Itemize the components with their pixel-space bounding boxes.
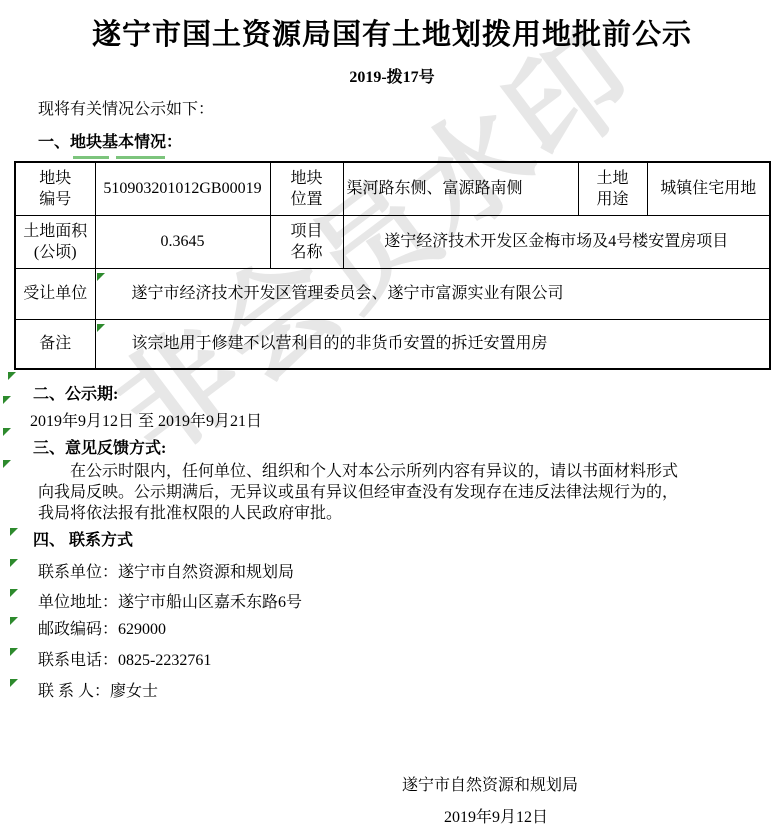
remark-value: 该宗地用于修建不以营利目的的非货币安置的拆迁安置用房 (95, 319, 770, 369)
margin-flag-icon (3, 428, 11, 436)
table-row: 地块 编号 510903201012GB00019 地块 位置 渠河路东侧、富源… (15, 162, 770, 215)
transferee-label: 受让单位 (15, 268, 95, 319)
project-value: 遂宁经济技术开发区金梅市场及4号楼安置房项目 (343, 215, 770, 268)
contact-unit-line: 联系单位：遂宁市自然资源和规划局 (38, 563, 294, 583)
area-label: 土地面积 (公顷) (15, 215, 95, 268)
publicity-period: 2019年9月12日 至 2019年9月21日 (30, 412, 262, 432)
section3-heading: 三、意见反馈方式: (33, 439, 166, 459)
parcel-no-label: 地块 编号 (15, 162, 95, 215)
location-value: 渠河路东侧、富源路南侧 (343, 162, 578, 215)
paragraph-line: 向我局反映。公示期满后，无异议或虽有异议但经审查没有发现存在违反法律法规行为的， (38, 482, 748, 503)
section1-heading: 一、地块基本情况： (38, 133, 182, 153)
remark-label: 备注 (15, 319, 95, 369)
margin-flag-icon (10, 679, 18, 687)
section4-heading: 四、 联系方式 (33, 531, 133, 551)
margin-flag-icon (3, 460, 11, 468)
document-number: 2019-拨17号 (0, 64, 784, 87)
margin-flag-icon (10, 559, 18, 567)
project-label: 项目 名称 (270, 215, 343, 268)
phone-line: 联系电话：0825-2232761 (38, 651, 211, 671)
postal-code-line: 邮政编码：629000 (38, 620, 166, 640)
paragraph-line: 在公示时限内，任何单位、组织和个人对本公示所列内容有异议的，请以书面材料形式 (38, 461, 748, 482)
parcel-info-table: 地块 编号 510903201012GB00019 地块 位置 渠河路东侧、富源… (14, 161, 771, 370)
intro-line: 现将有关情况公示如下： (38, 100, 214, 120)
margin-flag-icon (8, 372, 16, 380)
contact-person-line: 联 系 人：廖女士 (38, 682, 158, 702)
margin-flag-icon (10, 648, 18, 656)
footer-issuer: 遂宁市自然资源和规划局 (402, 776, 578, 796)
table-row: 备注 该宗地用于修建不以营利目的的非货币安置的拆迁安置用房 (15, 319, 770, 369)
margin-flag-icon (10, 617, 18, 625)
green-dash-icon (73, 156, 109, 159)
contact-address-line: 单位地址：遂宁市船山区嘉禾东路6号 (38, 593, 302, 613)
table-row: 土地面积 (公顷) 0.3645 项目 名称 遂宁经济技术开发区金梅市场及4号楼… (15, 215, 770, 268)
green-dash-icon (116, 156, 165, 159)
area-value: 0.3645 (95, 215, 270, 268)
document-page: 非会员水印 遂宁市国土资源局国有土地划拨用地批前公示 2019-拨17号 现将有… (0, 0, 784, 836)
page-title: 遂宁市国土资源局国有土地划拨用地批前公示 (0, 12, 784, 53)
parcel-no-value: 510903201012GB00019 (95, 162, 270, 215)
paragraph-line: 我局将依法报有批准权限的人民政府审批。 (38, 503, 748, 524)
feedback-paragraph: 在公示时限内，任何单位、组织和个人对本公示所列内容有异议的，请以书面材料形式 向… (38, 461, 748, 524)
land-use-value: 城镇住宅用地 (647, 162, 770, 215)
section2-heading: 二、公示期: (33, 385, 118, 405)
margin-flag-icon (3, 396, 11, 404)
location-label: 地块 位置 (270, 162, 343, 215)
table-row: 受让单位 遂宁市经济技术开发区管理委员会、遂宁市富源实业有限公司 (15, 268, 770, 319)
margin-flag-icon (10, 528, 18, 536)
transferee-value: 遂宁市经济技术开发区管理委员会、遂宁市富源实业有限公司 (95, 268, 770, 319)
footer-date: 2019年9月12日 (444, 808, 548, 828)
margin-flag-icon (10, 589, 18, 597)
land-use-label: 土地 用途 (578, 162, 647, 215)
